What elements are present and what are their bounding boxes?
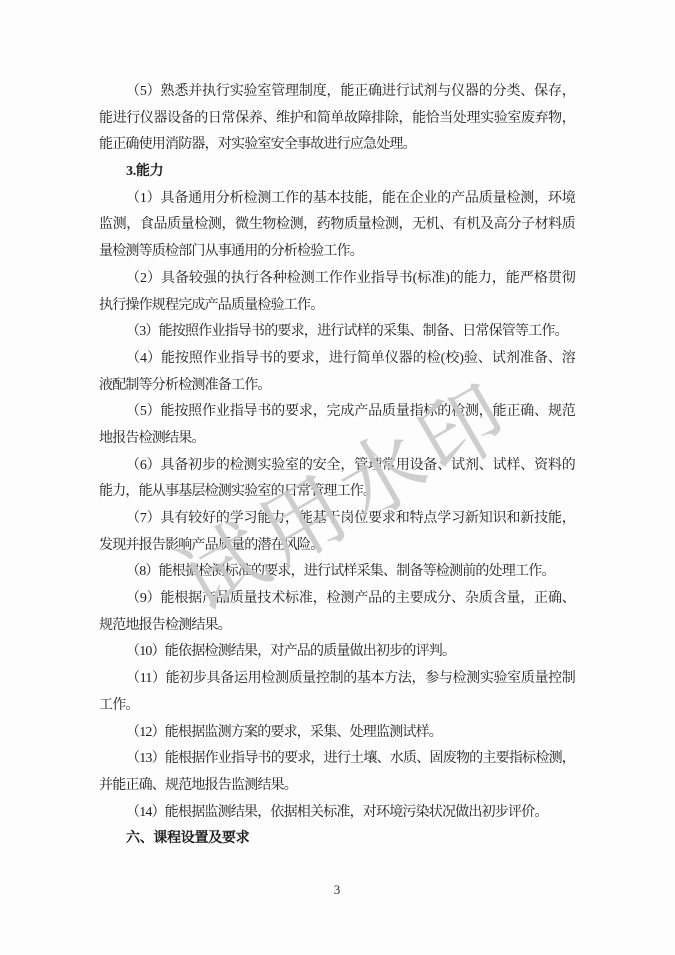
text-line: （3）能按照作业指导书的要求，进行试样的采集、制备、日常保管等工作。: [99, 319, 575, 346]
text-line: 规范地报告检测结果。: [99, 613, 575, 640]
text-line: 监测，食品质量检测，微生物检测，药物质量检测，无机、有机及高分子材料质: [99, 212, 575, 239]
text-line: 能进行仪器设备的日常保养、维护和简单故障排除，能恰当处理实验室废弃物，: [99, 106, 575, 133]
text-line: （5）熟悉并执行实验室管理制度，能正确进行试剂与仪器的分类、保存，: [99, 79, 575, 106]
text-line: 地报告检测结果。: [99, 426, 575, 453]
text-line: 液配制等分析检测准备工作。: [99, 373, 575, 400]
text-line: （13）能根据作业指导书的要求，进行土壤、水质、固废物的主要指标检测，: [99, 746, 575, 773]
section-heading: 3.能力: [99, 159, 575, 186]
text-line: 并能正确、规范地报告监测结果。: [99, 773, 575, 800]
text-line: （14）能根据监测结果，依据相关标准，对环境污染状况做出初步评价。: [99, 800, 575, 827]
text-line: （12）能根据监测方案的要求，采集、处理监测试样。: [99, 720, 575, 747]
text-line: 发现并报告影响产品质量的潜在风险。: [99, 533, 575, 560]
document-body: （5）熟悉并执行实验室管理制度，能正确进行试剂与仪器的分类、保存，能进行仪器设备…: [99, 79, 575, 853]
text-line: 量检测等质检部门从事通用的分析检验工作。: [99, 239, 575, 266]
text-line: （1）具备通用分析检测工作的基本技能，能在企业的产品质量检测，环境: [99, 186, 575, 213]
text-line: 执行操作规程完成产品质量检验工作。: [99, 293, 575, 320]
text-line: （2）具备较强的执行各种检测工作作业指导书(标准)的能力，能严格贯彻: [99, 266, 575, 293]
text-line: （6）具备初步的检测实验室的安全，管理常用设备、试剂、试样、资料的: [99, 453, 575, 480]
text-line: 能力，能从事基层检测实验室的日常管理工作。: [99, 479, 575, 506]
section-heading: 六、课程设置及要求: [99, 826, 575, 853]
document-page: （5）熟悉并执行实验室管理制度，能正确进行试剂与仪器的分类、保存，能进行仪器设备…: [0, 0, 675, 955]
text-line: （4）能按照作业指导书的要求，进行简单仪器的检(校)验、试剂准备、溶: [99, 346, 575, 373]
text-line: 能正确使用消防器，对实验室安全事故进行应急处理。: [99, 132, 575, 159]
page-number: 3: [99, 882, 575, 898]
text-line: （9）能根据产品质量技术标准，检测产品的主要成分、杂质含量，正确、: [99, 586, 575, 613]
text-line: （11）能初步具备运用检测质量控制的基本方法，参与检测实验室质量控制: [99, 666, 575, 693]
text-line: （5）能按照作业指导书的要求，完成产品质量指标的检测，能正确、规范: [99, 399, 575, 426]
text-line: 工作。: [99, 693, 575, 720]
text-line: （8）能根据检测标准的要求，进行试样采集、制备等检测前的处理工作。: [99, 559, 575, 586]
text-line: （7）具有较好的学习能力，能基于岗位要求和特点学习新知识和新技能，: [99, 506, 575, 533]
text-line: （10）能依据检测结果，对产品的质量做出初步的评判。: [99, 639, 575, 666]
